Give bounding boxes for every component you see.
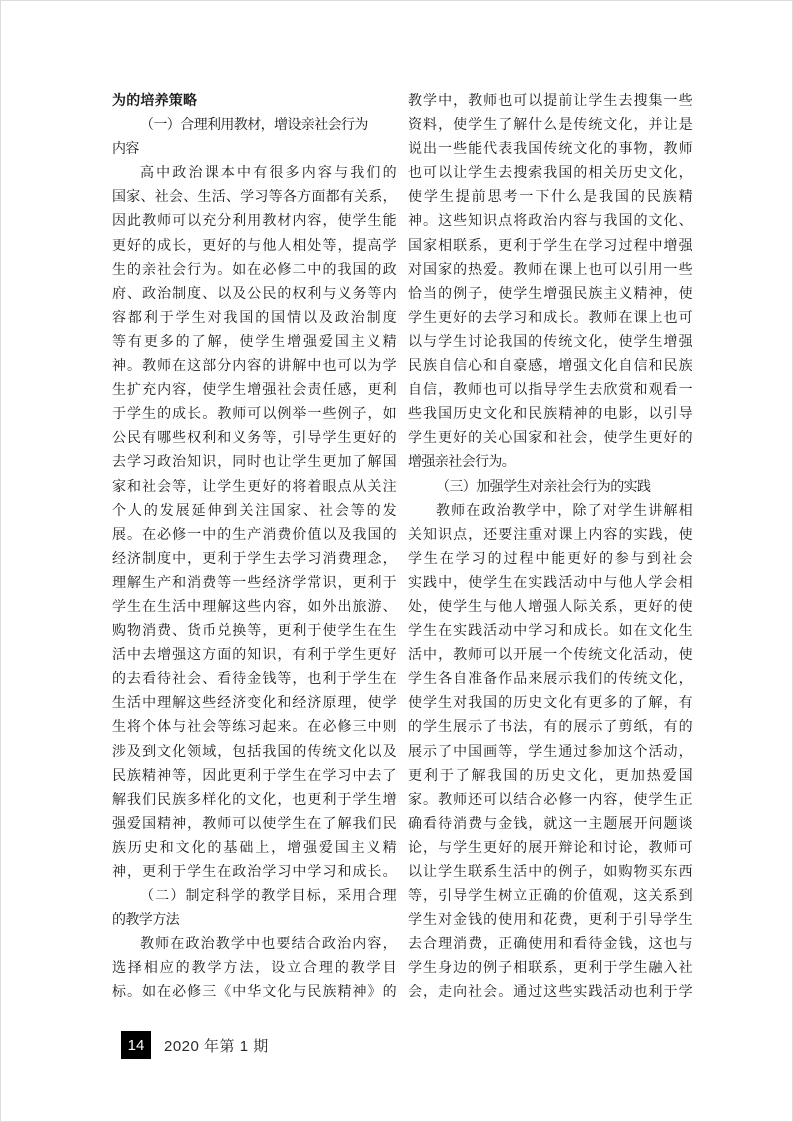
- text-line: 也可以让学生去搜索我国的相关历史文化，: [408, 162, 692, 186]
- text-line: 生活中理解这些经济变化和经济原理，使学: [112, 692, 396, 716]
- text-line: 去合理消费，正确使用和看待金钱，这也与: [408, 933, 692, 957]
- text-line: 关知识点，还要注重对课上内容的实践，使: [408, 524, 692, 548]
- text-line: 容都利于学生对我国的国情以及政治制度: [112, 307, 396, 331]
- text-line: 族历史和文化的基础上，增强爱国主义精: [112, 837, 396, 861]
- text-line: 生的亲社会行为。如在必修二中的我国的政: [112, 259, 396, 283]
- text-line: 生将个体与社会等练习起来。在必修三中则: [112, 716, 396, 740]
- text-line: 确看待消费与金钱，就这一主题展开问题谈: [408, 813, 692, 837]
- text-line: 民族自信心和自豪感，增强文化自信和民族: [408, 355, 692, 379]
- text-line: 购物消费、货币兑换等，更利于使学生在生: [112, 620, 396, 644]
- text-line: 教师在政治教学中也要结合政治内容，: [112, 933, 396, 957]
- text-line: 等，引导学生树立正确的价值观，这关系到: [408, 885, 692, 909]
- text-line: 神。教师在这部分内容的讲解中也可以为学: [112, 355, 396, 379]
- text-line: 学生在实践活动中学习和成长。如在文化生: [408, 620, 692, 644]
- text-line: 于学生的成长。教师可以例举一些例子，如: [112, 403, 396, 427]
- page-footer: 14 2020 年第 1 期: [121, 1031, 269, 1059]
- text-line: 解我们民族多样化的文化，也更利于学生增: [112, 789, 396, 813]
- journal-page: 为的培养策略 （一）合理利用教材，增设亲社会行为 内容 高中政治课本中有很多内容…: [0, 0, 793, 1122]
- text-line: 以让学生联系生活中的例子，如购物买东西: [408, 861, 692, 885]
- text-line: 展示了中国画等，学生通过参加这个活动，: [408, 741, 692, 765]
- text-line: 等有更多的了解，使学生增强爱国主义精: [112, 331, 396, 355]
- text-line: 论，与学生更好的展开辩论和讨论，教师可: [408, 837, 692, 861]
- text-line: 生扩充内容，使学生增强社会责任感，更利: [112, 379, 396, 403]
- text-line: 使学生对我国的历史文化有更多的了解，有: [408, 692, 692, 716]
- text-line: 学生更好的去学习和成长。教师在课上也可: [408, 307, 692, 331]
- text-line: 增强亲社会行为。: [408, 451, 692, 475]
- text-line: 强爱国精神，教师可以使学生在了解我们民: [112, 813, 396, 837]
- text-line: 更好的成长，更好的与他人相处等，提高学: [112, 235, 396, 259]
- text-line: 选择相应的教学方法，设立合理的教学目: [112, 957, 396, 981]
- text-line: 为的培养策略: [112, 90, 396, 114]
- text-line: 教师在政治教学中，除了对学生讲解相: [408, 500, 692, 524]
- text-line: 公民有哪些权利和义务等，引导学生更好的: [112, 427, 396, 451]
- text-line: 资料，使学生了解什么是传统文化，并让是: [408, 114, 692, 138]
- text-line: 国家相联系，更利于学生在学习过程中增强: [408, 235, 692, 259]
- text-line: 因此教师可以充分利用教材内容，使学生能: [112, 210, 396, 234]
- text-line: 活中去增强这方面的知识，有利于学生更好: [112, 644, 396, 668]
- text-line: 民族精神等，因此更利于学生在学习中去了: [112, 765, 396, 789]
- right-text-column: 教学中，教师也可以提前让学生去搜集一些 资料，使学生了解什么是传统文化，并让是 …: [408, 90, 692, 1006]
- text-line: 自信，教师也可以指导学生去欣赏和观看一: [408, 379, 692, 403]
- text-line: 家和社会等，让学生更好的将着眼点从关注: [112, 476, 396, 500]
- text-line: 府、政治制度、以及公民的权利与义务等内: [112, 283, 396, 307]
- text-line: 学生更好的关心国家和社会，使学生更好的: [408, 427, 692, 451]
- text-line: （二）制定科学的教学目标，采用合理: [112, 885, 396, 909]
- text-line: 高中政治课本中有很多内容与我们的: [112, 162, 396, 186]
- text-line: 恰当的例子，使学生增强民族主义精神，使: [408, 283, 692, 307]
- text-line: 教学中，教师也可以提前让学生去搜集一些: [408, 90, 692, 114]
- text-line: 使学生提前思考一下什么是我国的民族精: [408, 186, 692, 210]
- text-line: 实践中，使学生在实践活动中与他人学会相: [408, 572, 692, 596]
- text-line: 些我国历史文化和民族精神的电影，以引导: [408, 403, 692, 427]
- text-line: 神，更利于学生在政治学习中学习和成长。: [112, 861, 396, 885]
- left-text-column: 为的培养策略 （一）合理利用教材，增设亲社会行为 内容 高中政治课本中有很多内容…: [112, 90, 396, 1006]
- page-number-badge: 14: [121, 1031, 151, 1059]
- text-line: 个人的发展延伸到关注国家、社会等的发: [112, 500, 396, 524]
- text-line: 学生各自准备作品来展示我们的传统文化，: [408, 668, 692, 692]
- text-line: 学生在学习的过程中能更好的参与到社会: [408, 548, 692, 572]
- text-line: 神。这些知识点将政治内容与我国的文化、: [408, 210, 692, 234]
- text-line: 学生身边的例子相联系，更利于学生融入社: [408, 957, 692, 981]
- text-line: 学生对金钱的使用和花费，更利于引导学生: [408, 909, 692, 933]
- text-line: 国家、社会、生活、学习等各方面都有关系，: [112, 186, 396, 210]
- text-line: 经济制度中，更利于学生去学习消费理念，: [112, 548, 396, 572]
- text-line: 的学生展示了书法，有的展示了剪纸，有的: [408, 716, 692, 740]
- text-line: 标。如在必修三《中华文化与民族精神》的: [112, 981, 396, 1005]
- text-line: （三）加强学生对亲社会行为的实践: [408, 476, 692, 500]
- text-line: 的教学方法: [112, 909, 396, 933]
- text-line: 的去看待社会、看待金钱等，也利于学生在: [112, 668, 396, 692]
- text-line: 理解生产和消费等一些经济学常识，更利于: [112, 572, 396, 596]
- text-line: 展。在必修一中的生产消费价值以及我国的: [112, 524, 396, 548]
- text-line: 会，走向社会。通过这些实践活动也利于学: [408, 981, 692, 1005]
- text-line: 学生在生活中理解这些内容，如外出旅游、: [112, 596, 396, 620]
- text-line: 活中，教师可以开展一个传统文化活动，使: [408, 644, 692, 668]
- text-line: 涉及到文化领域，包括我国的传统文化以及: [112, 741, 396, 765]
- text-line: 说出一些能代表我国传统文化的事物，教师: [408, 138, 692, 162]
- text-line: 对国家的热爱。教师在课上也可以引用一些: [408, 259, 692, 283]
- text-line: 处，使学生与他人增强人际关系，更好的使: [408, 596, 692, 620]
- text-line: 更利于了解我国的历史文化，更加热爱国: [408, 765, 692, 789]
- text-line: 以与学生讨论我国的传统文化，使学生增强: [408, 331, 692, 355]
- issue-label: 2020 年第 1 期: [164, 1035, 269, 1056]
- page-number: 14: [128, 1037, 145, 1054]
- text-line: 家。教师还可以结合必修一内容，使学生正: [408, 789, 692, 813]
- text-line: 去学习政治知识，同时也让学生更加了解国: [112, 451, 396, 475]
- text-line: 内容: [112, 138, 396, 162]
- text-line: （一）合理利用教材，增设亲社会行为: [112, 114, 396, 138]
